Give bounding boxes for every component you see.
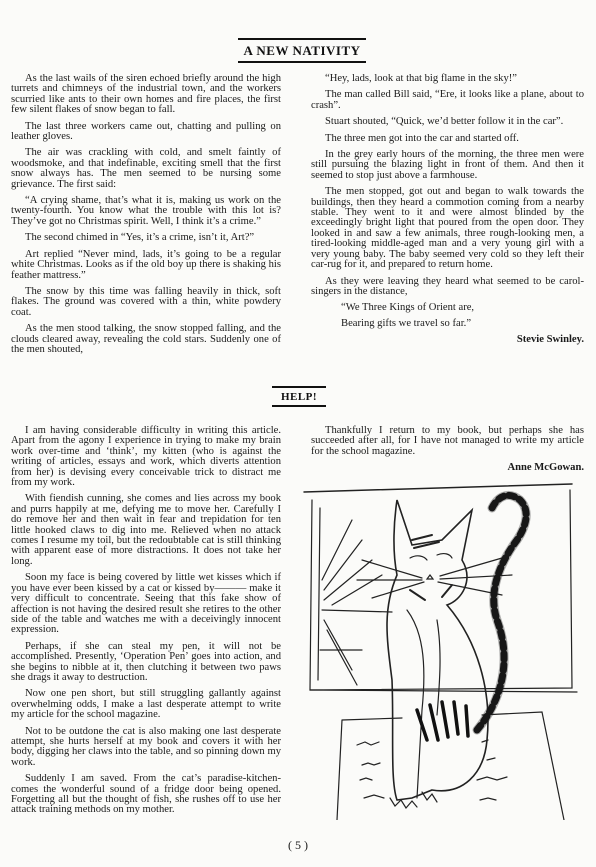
- paragraph: As the men stood talking, the snow stopp…: [11, 324, 281, 355]
- nativity-column-right: “Hey, lads, look at that big flame in th…: [311, 74, 584, 352]
- paragraph: With fiendish cunning, she comes and lie…: [11, 494, 281, 567]
- paragraph: The men stopped, got out and began to wa…: [311, 187, 584, 270]
- paragraph: As the last wails of the siren echoed br…: [11, 74, 281, 116]
- paragraph: The three men got into the car and start…: [311, 134, 584, 144]
- article-title-a-new-nativity: A NEW NATIVITY: [238, 38, 366, 63]
- paragraph: Stuart shouted, “Quick, we’d better foll…: [311, 117, 584, 127]
- paragraph: Thankfully I return to my book, but perh…: [311, 426, 584, 457]
- paragraph: The second chimed in “Yes, it’s a crime,…: [11, 233, 281, 243]
- paragraph: The snow by this time was falling heavil…: [11, 287, 281, 318]
- help-column-left: I am having considerable difficulty in w…: [11, 426, 281, 822]
- paragraph: “Hey, lads, look at that big flame in th…: [311, 74, 584, 84]
- page-number: ( 5 ): [0, 838, 596, 853]
- paragraph: Now one pen short, but still struggling …: [11, 689, 281, 720]
- nativity-column-left: As the last wails of the siren echoed br…: [11, 74, 281, 361]
- paragraph: I am having considerable difficulty in w…: [11, 426, 281, 488]
- paragraph: As they were leaving they heard what see…: [311, 277, 584, 298]
- cat-sketch-illustration: [302, 480, 586, 820]
- help-column-right: Thankfully I return to my book, but perh…: [311, 426, 584, 480]
- paragraph: Perhaps, if she can steal my pen, it wil…: [11, 642, 281, 684]
- author-signature: Stevie Swinley.: [311, 335, 584, 345]
- paragraph: In the grey early hours of the morning, …: [311, 150, 584, 181]
- paragraph: Not to be outdone the cat is also making…: [11, 727, 281, 769]
- paragraph: The last three workers came out, chattin…: [11, 122, 281, 143]
- paragraph: The man called Bill said, “Ere, it looks…: [311, 90, 584, 111]
- article-title-help: HELP!: [272, 386, 326, 407]
- magazine-page: A NEW NATIVITY As the last wails of the …: [0, 0, 596, 867]
- paragraph: Suddenly I am saved. From the cat’s para…: [11, 774, 281, 816]
- verse-line: Bearing gifts we travel so far.”: [311, 319, 584, 329]
- author-signature: Anne McGowan.: [311, 463, 584, 473]
- paragraph: Soon my face is being covered by little …: [11, 573, 281, 635]
- paragraph: Art replied “Never mind, lads, it’s goin…: [11, 250, 281, 281]
- verse-line: “We Three Kings of Orient are,: [311, 303, 584, 313]
- paragraph: The air was crackling with cold, and sme…: [11, 148, 281, 190]
- paragraph: “A crying shame, that’s what it is, maki…: [11, 196, 281, 227]
